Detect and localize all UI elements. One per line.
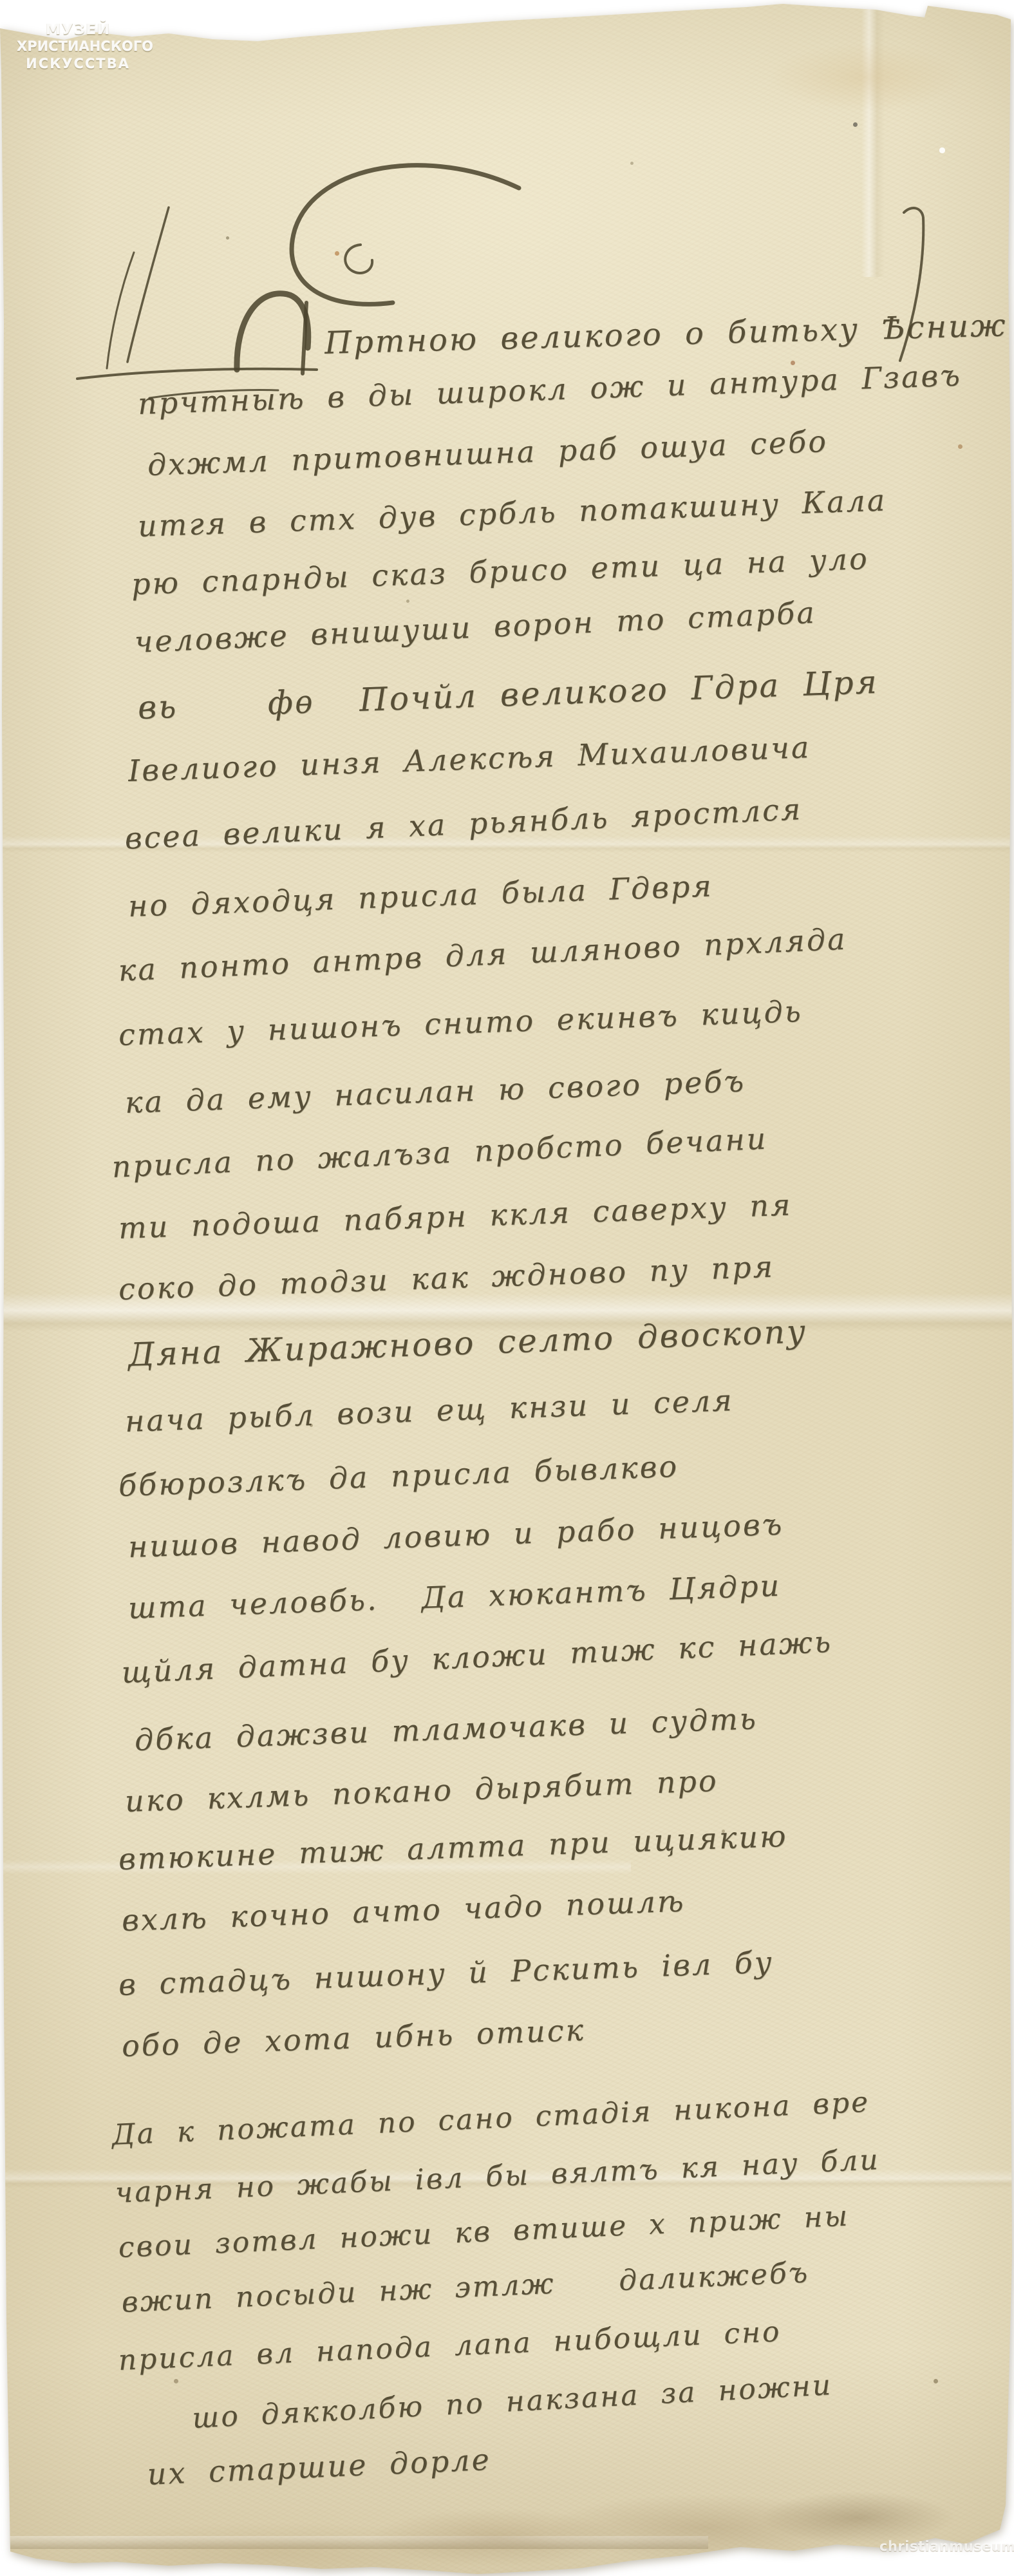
manuscript-line-10: но дяходця присла была Гдвря bbox=[127, 868, 713, 923]
flourish-crescent bbox=[292, 166, 519, 305]
manuscript-line-21: шта человбь. Да хюкантъ Цядри bbox=[127, 1568, 782, 1625]
manuscript-line-20: нишов навод ловию и рабо ницовъ bbox=[127, 1506, 784, 1564]
manuscript-line-1: Пртною великого о битьху Ѣсниж bbox=[324, 307, 1008, 361]
manuscript-line-26: вхлѣ кочно ачто чадо пошлѣ bbox=[121, 1883, 686, 1938]
manuscript-line-3: дхжмл притовнишна раб ошуа себо bbox=[147, 424, 829, 482]
manuscript-line-24: ико кхлмь покано дырябит про bbox=[124, 1763, 718, 1819]
manuscript-line-18: нача рыбл вози ещ кнзи и селя bbox=[124, 1383, 734, 1439]
manuscript-line-25: втюкине тиж алтта при ициякию bbox=[118, 1819, 788, 1877]
manuscript-line-16: соко до тодзи как ждново пу пря bbox=[118, 1249, 775, 1307]
flourish-diagonal-1 bbox=[127, 207, 169, 362]
flourish-initial-stem bbox=[303, 303, 306, 374]
aged-paper-sheet: Пртною великого о битьху Ѣснижпрчтныѣ в … bbox=[0, 0, 1014, 2576]
manuscript-line-31: свои зотвл ножи кв втише х приж ны bbox=[118, 2199, 850, 2264]
manuscript-line-32: вжип посыди нж этлж даликжебъ bbox=[121, 2256, 810, 2319]
paper-crease-vertical bbox=[861, 0, 885, 277]
paper-specks bbox=[0, 0, 2, 2]
manuscript-line-30: чарня но жабы івл бы вялтъ кя нау бли bbox=[115, 2143, 881, 2210]
manuscript-line-9: всеа велики я ха рьянбль яростлся bbox=[124, 791, 803, 856]
manuscript-line-34: шо дякколбю по накзана за ножни bbox=[191, 2369, 833, 2435]
manuscript-line-6: человже внишуши ворон то старба bbox=[134, 595, 817, 659]
manuscript-line-28: обо де хота ибнь отиск bbox=[121, 2012, 586, 2063]
manuscript-line-19: ббюрозлкъ да присла бывлкво bbox=[118, 1449, 679, 1503]
manuscript-line-23: дбка дажзви тламочакв и судть bbox=[134, 1701, 758, 1757]
flourish-underline-1 bbox=[77, 369, 317, 379]
manuscript-paper: Пртною великого о битьху Ѣснижпрчтныѣ в … bbox=[0, 0, 1014, 2576]
manuscript-line-12: стах у нишонъ снито екинвъ кицдь bbox=[118, 994, 803, 1052]
manuscript-line-11: ка понто антрв для шляново прхляда bbox=[118, 922, 848, 988]
manuscript-line-22: щйля датна бу кложи тиж кс нажь bbox=[121, 1624, 833, 1690]
manuscript-line-35: их старшие дорле bbox=[147, 2442, 492, 2492]
manuscript-line-29: Да к пожата по сано стадія никона вре bbox=[111, 2086, 870, 2152]
manuscript-line-13: ка да ему насилан ю свого ребъ bbox=[124, 1063, 746, 1120]
scan-page: { "watermarks": { "museum_lines": ["МУЗЕ… bbox=[0, 0, 1014, 2576]
manuscript-line-2: прчтныѣ в ды широкл ож и антура Гзавъ bbox=[137, 357, 962, 421]
manuscript-line-7: вь фѳ Почйл великого Гдра Цря bbox=[137, 663, 879, 726]
manuscript-line-5: рю спарнды сказ брисо ети ца на уло bbox=[131, 541, 869, 601]
flourish-initial-arc bbox=[237, 294, 308, 370]
manuscript-line-27: в стадцъ нишону й Рскить івл бу bbox=[118, 1945, 774, 2002]
manuscript-line-17: Дяна Жиражново селто двоскопу bbox=[127, 1312, 808, 1374]
paper-crease bbox=[0, 2536, 708, 2549]
manuscript-line-14: присла по жалъза пробсто бечани bbox=[111, 1121, 769, 1184]
manuscript-line-8: Івелиого инзя Алексѣя Михаиловича bbox=[127, 730, 811, 788]
manuscript-line-33: присла вл напода лапа нибощли сно bbox=[118, 2315, 782, 2377]
manuscript-line-15: ти подоша пабярн ккля саверху пя bbox=[118, 1187, 793, 1245]
paper-stain bbox=[760, 39, 972, 135]
manuscript-line-4: итгя в стх дув србль потакшину Кала bbox=[137, 482, 887, 544]
flourish-small-c bbox=[345, 245, 372, 273]
flourish-diagonal-2 bbox=[107, 252, 134, 368]
